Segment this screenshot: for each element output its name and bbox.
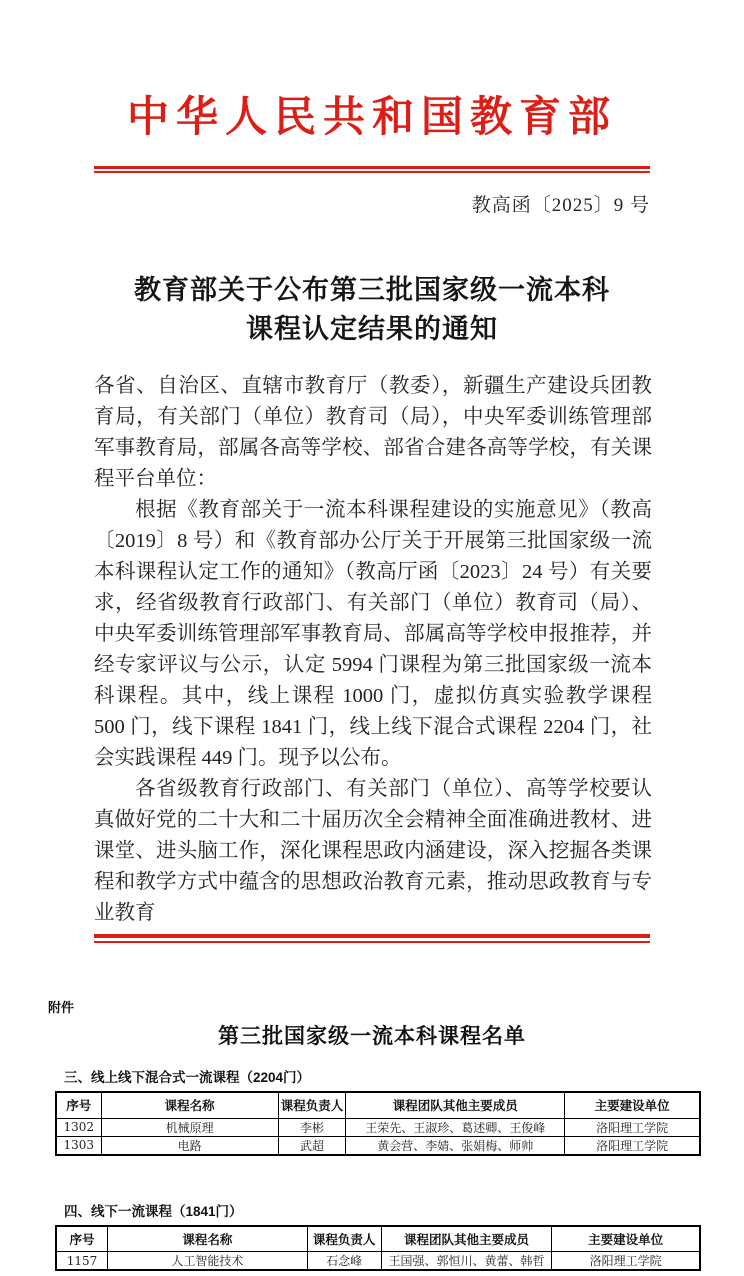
table-cell: 王国强、郭恒川、黄蕾、韩哲	[381, 1252, 552, 1271]
letter-body: 各省、自治区、直辖市教育厅（教委），新疆生产建设兵团教育局，有关部门（单位）教育…	[94, 371, 652, 929]
column-header: 课程负责人	[278, 1092, 346, 1118]
table-cell: 王荣先、王淑珍、葛述卿、王俊峰	[346, 1118, 565, 1136]
table-row: 1303电路武超黄会营、李婧、张娟梅、师帅洛阳理工学院	[56, 1136, 700, 1155]
table-header-row: 序号课程名称课程负责人课程团队其他主要成员主要建设单位	[56, 1092, 700, 1118]
column-header: 课程团队其他主要成员	[381, 1226, 552, 1252]
letter-paragraph-requirements: 各省级教育行政部门、有关部门（单位）、高等学校要认真做好党的二十大和二十届历次全…	[94, 774, 652, 929]
doc-number: 教高函〔2025〕9 号	[94, 190, 650, 217]
table-cell: 电路	[101, 1136, 278, 1155]
letter-title-line2: 课程认定结果的通知	[0, 310, 744, 349]
table-cell: 1303	[56, 1136, 101, 1155]
letter-footer-divider	[94, 934, 650, 943]
column-header: 序号	[56, 1092, 101, 1118]
column-header: 课程名称	[108, 1226, 308, 1252]
table-cell: 1157	[56, 1252, 108, 1271]
attachment-label: 附件	[48, 997, 744, 1016]
section-heading-blended-courses: 三、线上线下混合式一流课程（2204门）	[64, 1066, 744, 1086]
letter-paragraph-addressees: 各省、自治区、直辖市教育厅（教委），新疆生产建设兵团教育局，有关部门（单位）教育…	[94, 371, 652, 495]
course-table-blended: 序号课程名称课程负责人课程团队其他主要成员主要建设单位1302机械原理李彬王荣先…	[55, 1091, 701, 1156]
letter-footer-divider-thin-line	[94, 941, 650, 943]
column-header: 课程名称	[101, 1092, 278, 1118]
table-cell: 李彬	[278, 1118, 346, 1136]
table-cell: 洛阳理工学院	[552, 1252, 700, 1271]
table-cell: 洛阳理工学院	[565, 1136, 700, 1155]
column-header: 序号	[56, 1226, 108, 1252]
table-row: 1157人工智能技术石念峰王国强、郭恒川、黄蕾、韩哲洛阳理工学院	[56, 1252, 700, 1271]
column-header: 课程团队其他主要成员	[346, 1092, 565, 1118]
letterhead-agency-title: 中华人民共和国教育部	[0, 0, 744, 142]
table-cell: 石念峰	[307, 1252, 381, 1271]
table-cell: 1302	[56, 1118, 101, 1136]
attachment-title: 第三批国家级一流本科课程名单	[0, 1020, 744, 1050]
table-header-row: 序号课程名称课程负责人课程团队其他主要成员主要建设单位	[56, 1226, 700, 1252]
column-header: 主要建设单位	[565, 1092, 700, 1118]
letter-title: 教育部关于公布第三批国家级一流本科 课程认定结果的通知	[0, 271, 744, 349]
letter-paragraph-basis: 根据《教育部关于一流本科课程建设的实施意见》（教高〔2019〕8 号）和《教育部…	[94, 495, 652, 774]
letterhead-divider-thin-line	[94, 171, 650, 173]
letterhead-divider-thick-line	[94, 166, 650, 169]
table-row: 1302机械原理李彬王荣先、王淑珍、葛述卿、王俊峰洛阳理工学院	[56, 1118, 700, 1136]
column-header: 主要建设单位	[552, 1226, 700, 1252]
table-cell: 武超	[278, 1136, 346, 1155]
letter-title-line1: 教育部关于公布第三批国家级一流本科	[0, 271, 744, 310]
document-page: 中华人民共和国教育部 教高函〔2025〕9 号 教育部关于公布第三批国家级一流本…	[0, 0, 744, 1276]
table-cell: 人工智能技术	[108, 1252, 308, 1271]
table-cell: 洛阳理工学院	[565, 1118, 700, 1136]
letter-footer-divider-thick-line	[94, 934, 650, 938]
table-cell: 黄会营、李婧、张娟梅、师帅	[346, 1136, 565, 1155]
section-heading-offline-courses: 四、线下一流课程（1841门）	[64, 1200, 744, 1220]
course-table-offline: 序号课程名称课程负责人课程团队其他主要成员主要建设单位1157人工智能技术石念峰…	[55, 1225, 701, 1272]
table-cell: 机械原理	[101, 1118, 278, 1136]
column-header: 课程负责人	[307, 1226, 381, 1252]
letterhead-divider	[94, 166, 650, 173]
